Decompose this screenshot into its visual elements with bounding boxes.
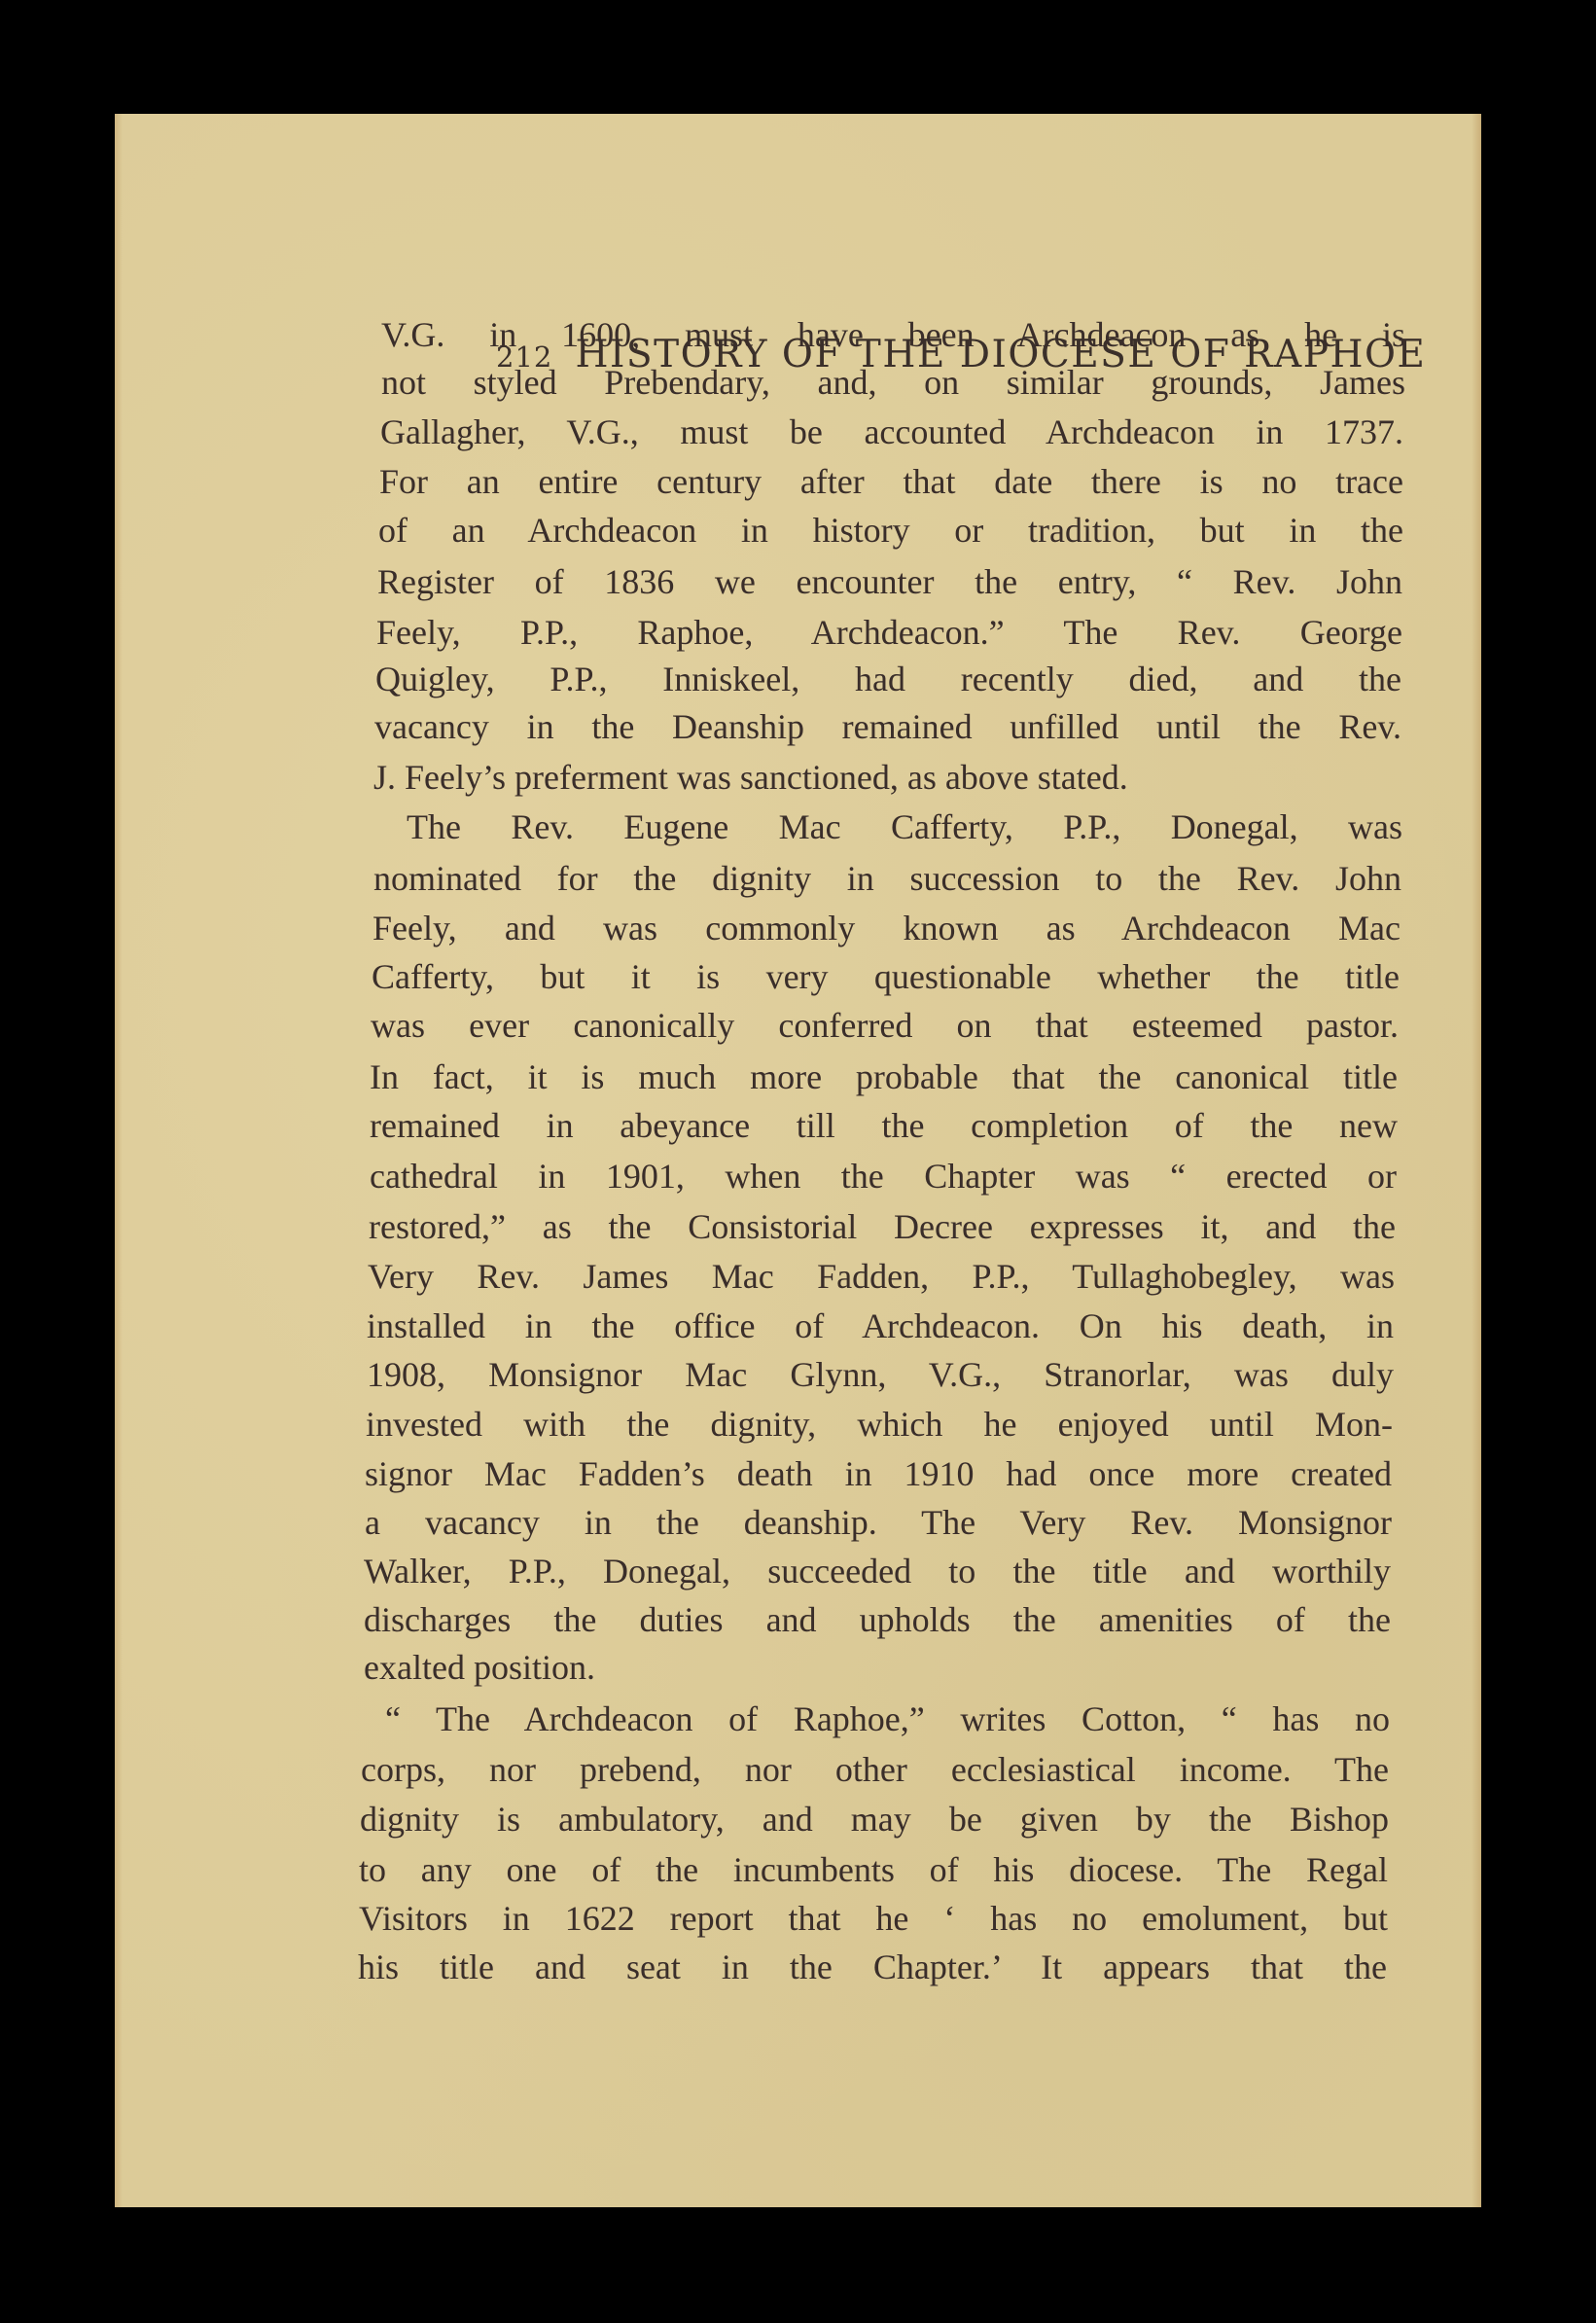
text-line: Visitors in 1622 report that he ‘ has no… [359,1897,1388,1940]
text-line: 1908, Monsignor Mac Glynn, V.G., Stranor… [367,1353,1394,1396]
text-line: restored,” as the Consistorial Decree ex… [369,1205,1396,1248]
text-line: nominated for the dignity in succession … [373,857,1401,900]
text-line: Walker, P.P., Donegal, succeeded to the … [364,1550,1391,1592]
text-line: For an entire century after that date th… [379,460,1403,503]
text-line: Cafferty, but it is very questionable wh… [372,955,1400,998]
paragraph-first-line: “ The Archdeacon of Raphoe,” writes Cott… [385,1698,1390,1740]
text-line: Register of 1836 we encounter the entry,… [377,560,1402,603]
text-line: remained in abeyance till the completion… [370,1104,1398,1147]
text-line: Feely, and was commonly known as Archdea… [372,907,1401,949]
text-line: V.G. in 1600, must have been Archdeacon … [381,313,1405,356]
text-line: Feely, P.P., Raphoe, Archdeacon.” The Re… [376,611,1402,654]
text-line: not styled Prebendary, and, on similar g… [381,361,1405,404]
text-line: exalted position. [364,1646,595,1689]
text-line: was ever canonically conferred on that e… [371,1004,1399,1047]
text-line: discharges the duties and upholds the am… [364,1598,1391,1641]
text-line: cathedral in 1901, when the Chapter was … [370,1155,1397,1197]
text-line: vacancy in the Deanship remained unfille… [374,705,1401,748]
paragraph-first-line: The Rev. Eugene Mac Cafferty, P.P., Done… [407,805,1402,848]
text-line: installed in the office of Archdeacon. O… [367,1304,1394,1347]
text-line: Gallagher, V.G., must be accounted Archd… [380,411,1403,453]
text-line: invested with the dignity, which he enjo… [366,1403,1393,1446]
text-line: Very Rev. James Mac Fadden, P.P., Tullag… [368,1255,1395,1298]
text-line: of an Archdeacon in history or tradition… [378,509,1403,552]
text-line: J. Feely’s preferment was sanctioned, as… [373,756,1128,799]
text-line: Quigley, P.P., Inniskeel, had recently d… [375,658,1401,700]
text-line: his title and seat in the Chapter.’ It a… [358,1946,1387,1988]
text-line: dignity is ambulatory, and may be given … [360,1798,1389,1841]
text-line: to any one of the incumbents of his dioc… [359,1848,1388,1891]
text-line: In fact, it is much more probable that t… [370,1055,1398,1098]
text-line: a vacancy in the deanship. The Very Rev.… [365,1501,1392,1544]
text-line: signor Mac Fadden’s death in 1910 had on… [365,1452,1392,1495]
text-line: corps, nor prebend, nor other ecclesiast… [361,1748,1389,1791]
